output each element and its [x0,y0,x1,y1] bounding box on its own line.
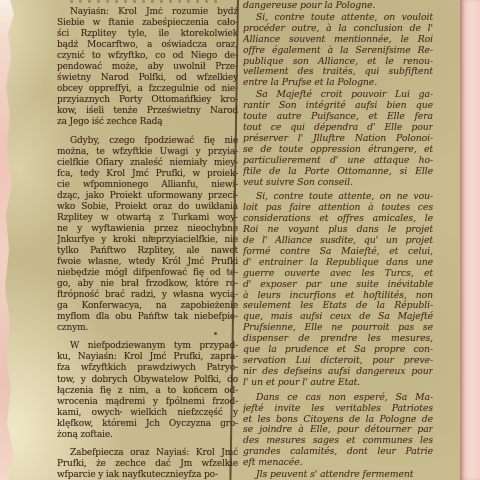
paragraph-lines: W niefpodziewanym tym przypad- ku, Nayia… [57,341,238,429]
paragraph-lines: Si, contre toute attente, on ne vou- loi… [243,192,433,377]
cut-text-fragment [70,0,218,3]
paragraph-last-line: wfparcie y iak nayfkutecznieyfza po- [57,470,238,480]
paragraph: Si, contre toute attente, on ne vou- loi… [243,192,433,388]
paragraph-lines: Zabefpiecza oraz Nayiaś: Krol Jmć Prufki… [57,448,238,470]
paragraph-lines: Sa Majefté croit pouvoir Lui ga- rantir … [243,90,433,177]
paragraph-last-line: eft menacée. [243,458,433,469]
paragraph-last-line: żoną zoftaie. [57,430,238,441]
paragraph-lines: Gdyby, czego fpodziewać fię nie można, t… [57,136,238,324]
paragraph-lines: Si, contre toute attente, on vouloit pro… [243,13,433,78]
paragraph: Jls peuvent s' attendre fermement [243,470,433,480]
paragraph-lines: Dans ce cas non esperé, Sa Ma- jefté inv… [243,393,433,458]
document-page: Nayiaśn: Krol Jmć rozumie bydź Siebie w … [0,0,480,480]
paragraph: Gdyby, czego fpodziewać fię nie można, t… [57,136,238,335]
ink-speck [120,411,122,413]
french-column: dangereuse pour la Pologne.Si, contre to… [243,1,433,480]
paragraph-last-line: cznym. [57,323,238,334]
paragraph-last-line: dangereuse pour la Pologne. [243,1,433,12]
paragraph: Nayiaśn: Krol Jmć rozumie bydź Siebie w … [57,7,238,129]
paragraph-last-line: l' un et pour l' autre Etat. [243,378,433,389]
paragraph: W niefpodziewanym tym przypad- ku, Nayia… [57,341,238,440]
paragraph: Zabefpiecza oraz Nayiaś: Krol Jmć Prufki… [57,448,238,480]
torn-edge-left [0,0,16,480]
paragraph-lines: Nayiaśn: Krol Jmć rozumie bydź Siebie w … [57,7,238,117]
torn-edge-right [460,0,480,480]
polish-column: Nayiaśn: Krol Jmć rozumie bydź Siebie w … [57,7,238,480]
paragraph: Sa Majefté croit pouvoir Lui ga- rantir … [243,90,433,188]
paragraph-last-line: za Jego iść zechce Radą [57,117,238,128]
paragraph: Dans ce cas non esperé, Sa Ma- jefté inv… [243,393,433,469]
paragraph-last-line: veut suivre Son conseil. [243,178,433,189]
paragraph-last-line: entre la Prufse et la Pologne. [243,78,433,89]
paragraph: Si, contre toute attente, on vouloit pro… [243,13,433,89]
paragraph-last-line: Jls peuvent s' attendre fermement [243,470,433,480]
paragraph: dangereuse pour la Pologne. [243,1,433,12]
ink-speck [214,332,217,335]
ink-speck [150,236,152,238]
